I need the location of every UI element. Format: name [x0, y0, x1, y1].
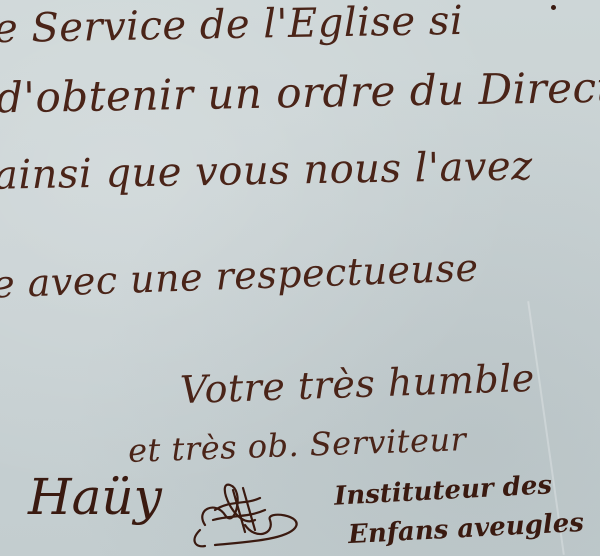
signature-name: Haüy [28, 468, 162, 526]
body-line-3: ainsi que vous nous l'avez [0, 143, 533, 198]
body-line-4: e avec une respectueuse [0, 246, 479, 307]
closing-line-2: et très ob. Serviteur [127, 420, 467, 470]
signature-title-line-1: Instituteur des [333, 470, 552, 511]
body-line-1: e Service de l'Eglise si [0, 0, 464, 52]
signature-title-line-2: Enfans aveugles [347, 508, 584, 550]
ink-spot [551, 5, 556, 10]
manuscript-page: e Service de l'Eglise si d'obtenir un or… [0, 0, 600, 556]
signature-paraph-flourish [185, 470, 315, 550]
body-line-2: d'obtenir un ordre du Direct [0, 63, 600, 123]
closing-line-1: Votre très humble [179, 356, 535, 412]
